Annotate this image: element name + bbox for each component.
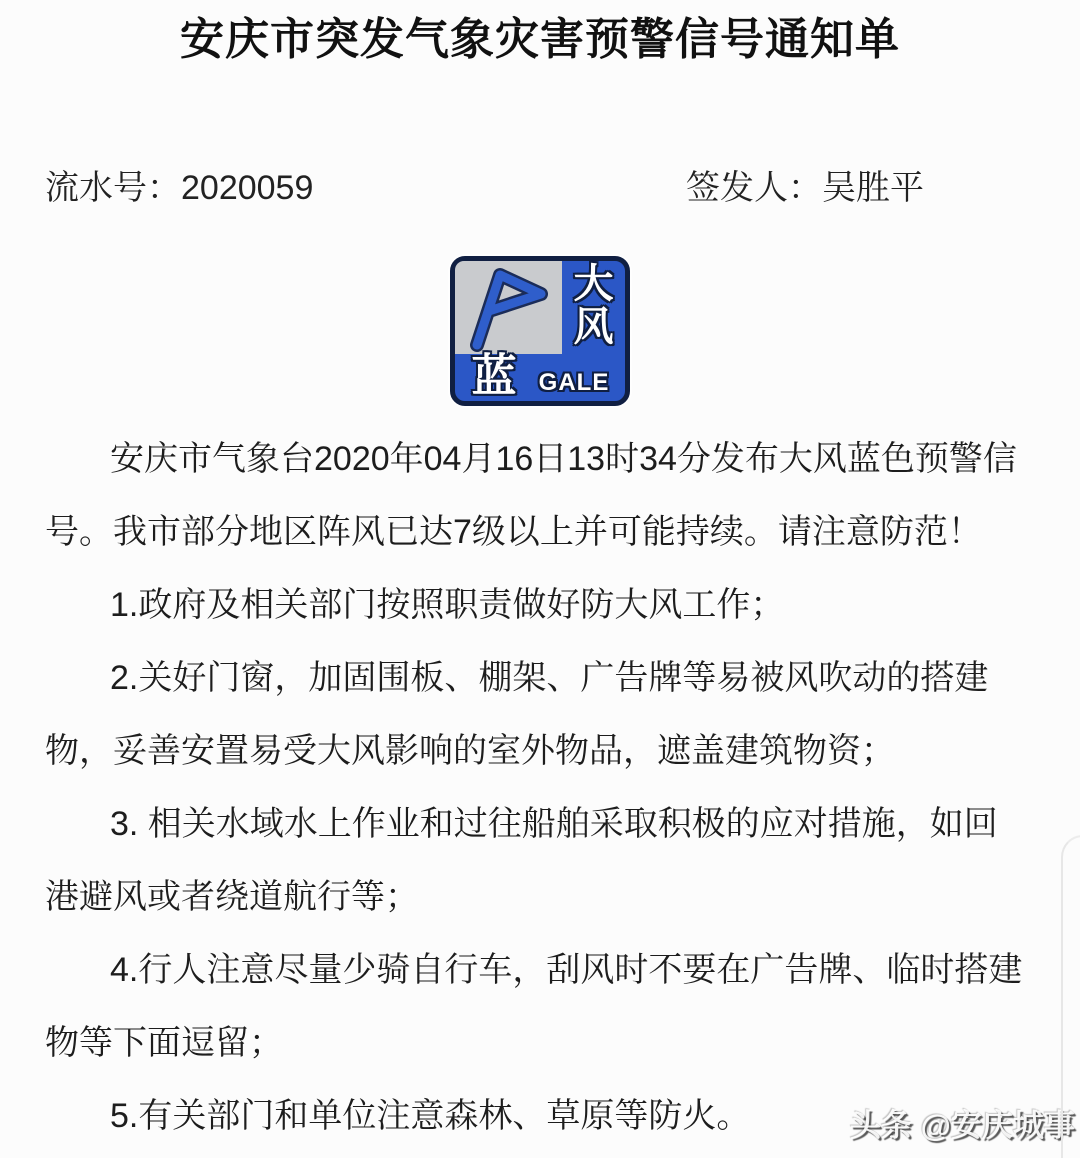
gale-blue-warning-icon: 大 风 蓝 GALE	[450, 256, 630, 406]
item-3-line-1: 3. 相关水域水上作业和过往船舶采取积极的应对措施，如回	[45, 788, 1045, 861]
warning-type-text: 大 风	[562, 263, 625, 349]
warning-english-label: GALE	[525, 370, 623, 396]
serial-label: 流水号：	[45, 169, 181, 207]
serial-number: 流水号：2020059	[45, 160, 313, 209]
overlay-card-edge	[1061, 835, 1080, 1158]
issuer: 签发人：吴胜平	[686, 160, 924, 209]
notice-body: 安庆市气象台2020年04月16日13时34分发布大风蓝色预警信 号。我市部分地…	[45, 423, 1045, 1153]
item-2-line-2: 物，妥善安置易受大风影响的室外物品，遮盖建筑物资；	[45, 715, 1045, 788]
issuer-value: 吴胜平	[822, 169, 924, 207]
item-3-line-2: 港避风或者绕道航行等；	[45, 861, 1045, 934]
wind-flag-icon	[455, 261, 562, 354]
item-1: 1.政府及相关部门按照职责做好防大风工作；	[45, 569, 1045, 642]
notice-document: 安庆市突发气象灾害预警信号通知单 流水号：2020059 签发人：吴胜平 大 风…	[0, 0, 1080, 1158]
warning-type-char-bottom: 风	[562, 306, 625, 349]
item-2-line-1: 2.关好门窗，加固围板、棚架、广告牌等易被风吹动的搭建	[45, 642, 1045, 715]
watermark: 头条 @安庆城事	[850, 1100, 1075, 1145]
page-title: 安庆市突发气象灾害预警信号通知单	[0, 3, 1080, 67]
warning-level-char: 蓝	[463, 351, 525, 401]
intro-line-2: 号。我市部分地区阵风已达7级以上并可能持续。请注意防范！	[45, 496, 1045, 569]
item-4-line-2: 物等下面逗留；	[45, 1007, 1045, 1080]
issuer-label: 签发人：	[686, 169, 822, 207]
serial-value: 2020059	[181, 169, 313, 207]
item-4-line-1: 4.行人注意尽量少骑自行车，刮风时不要在广告牌、临时搭建	[45, 934, 1045, 1007]
intro-line-1: 安庆市气象台2020年04月16日13时34分发布大风蓝色预警信	[45, 423, 1045, 496]
wind-flag-panel	[455, 261, 562, 354]
warning-type-char-top: 大	[562, 263, 625, 306]
